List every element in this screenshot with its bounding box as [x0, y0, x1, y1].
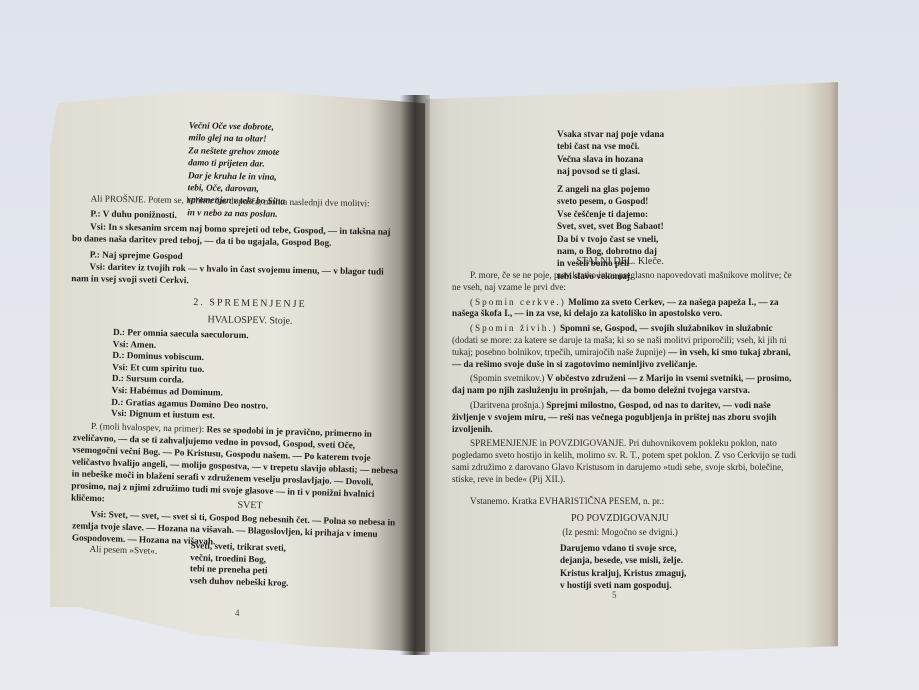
text-line: Da bi v tvojo čast se vneli,	[557, 233, 777, 245]
text-line: Kristus kraljuj, Kristus zmaguj,	[560, 567, 800, 579]
text-line: Večna slava in hozana	[557, 153, 777, 165]
text-line: Darujemo vdano ti svoje srce,	[560, 542, 800, 554]
hvalospev-intro: P. (moli hvalospev, na primer):	[91, 421, 204, 434]
spomin-cerkve-label: (Spomin cerkve.)	[470, 297, 566, 307]
stalni-del-heading: STALNI DEL. Kleče.	[450, 256, 790, 268]
spomin-zivih-text1: Spomni se, Gospod, — svojih služabnikov …	[560, 323, 773, 333]
prosnje-block: Ali PROŠNJE. Potem se, kolikor čas dopuš…	[71, 192, 403, 291]
booklet-spine	[400, 95, 430, 655]
hymn-top-right-1: Vsaka stvar naj poje vdanatebi čast na v…	[557, 128, 777, 178]
text-line: tebi čast na vse moči.	[557, 140, 777, 152]
text-line: sveto pesem, o Gospod!	[557, 195, 777, 207]
stalni-del-block: P. more, če se ne poje, prav kratko in n…	[452, 270, 797, 507]
text-line: Vsaka stvar naj poje vdana	[557, 128, 777, 140]
text-line: Svet, svet, svet Bog Sabaot!	[557, 220, 777, 232]
hvalospev-text: Res se spodobi in je pravično, primerno …	[71, 424, 398, 503]
hymn-bottom-right: Darujemo vdano ti svoje srce,dejanja, be…	[560, 542, 800, 592]
text-line: naj povsod se ti glasi.	[557, 165, 777, 177]
text-line: v hostiji sveti nam gospoduj.	[560, 579, 800, 591]
open-booklet: Večni Oče vse dobrote,milo glej na ta ol…	[0, 0, 919, 690]
page-number-left: 4	[235, 608, 240, 618]
daritvena-label: (Daritvena prošnja.)	[470, 400, 544, 410]
hymn-bottom-left: Sveti, sveti, trikrat sveti,večni, troed…	[189, 540, 390, 592]
dialogue-list: D.: Per omnia saecula saeculorum.Vsi: Am…	[111, 327, 373, 426]
iz-pesmi: (Iz pesmi: Mogočno se dvigni.)	[450, 526, 790, 538]
stalni-intro: P. more, če se ne poje, prav kratko in n…	[452, 270, 797, 294]
text-line: Z angeli na glas pojemo	[557, 183, 777, 195]
po-povzdigovanju-title: PO POVZDIGOVANJU	[450, 513, 790, 525]
prayer-vsi1: Vsi: In s skesanim srcem naj bomo spreje…	[72, 220, 402, 251]
vstanemo-text: Vstanemo. Kratka EVHARISTIČNA PESEM, n. …	[452, 496, 797, 508]
spremenjenje-text: SPREMENJENJE in POVZDIGOVANJE. Pri duhov…	[452, 438, 797, 485]
spomin-zivih-label: (Spomin živih.)	[470, 323, 558, 333]
text-line: Vse češčenje ti dajemo:	[557, 208, 777, 220]
text-line: dejanja, besede, vse misli, želje.	[560, 554, 800, 566]
page-number-right: 5	[612, 590, 617, 600]
spomin-svetnikov-label: (Spomin svetnikov.)	[470, 373, 544, 383]
